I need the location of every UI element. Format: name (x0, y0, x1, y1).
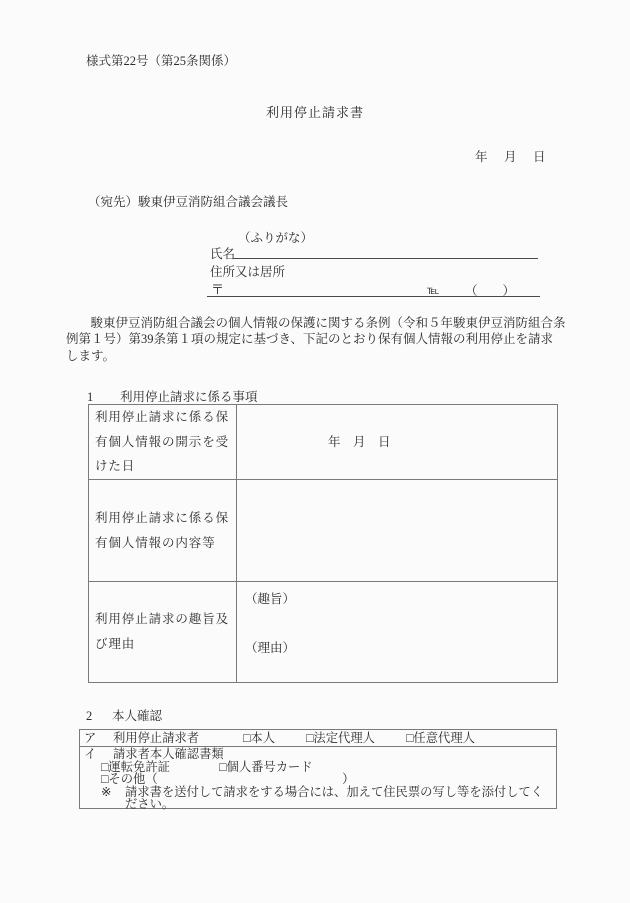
section1-title: 利用停止請求に係る事項 (120, 390, 258, 404)
section2-heading: 2本人確認 (86, 706, 162, 724)
date-line: 年 月 日 (475, 147, 548, 165)
row-label: 利用停止請求の趣旨及び理由 (89, 582, 237, 682)
note-mark: ※ (101, 786, 111, 798)
row-label: 利用停止請求に係る保有個人情報の内容等 (89, 480, 237, 581)
name-underline (233, 258, 538, 259)
section2-number: 2 (86, 709, 112, 724)
body-paragraph: 駿東伊豆消防組合議会の個人情報の保護に関する条例（令和５年駿東伊豆消防組合条 例… (66, 315, 566, 364)
name-label: 氏名 (210, 244, 235, 262)
section1-number: 1 (87, 390, 120, 405)
id-documents-label: 請求者本人確認書類 (113, 748, 224, 760)
table-row: 利用停止請求に係る保有個人情報の開示を受けた日 年 月 日 (89, 405, 557, 479)
body-line: 例第１号）第39条第１項の規定に基づき、下記のとおり保有個人情報の利用停止を請求 (66, 331, 566, 347)
id-documents-row: イ 請求者本人確認書類 □運転免許証 □個人番号カード □その他（ ） ※ 請求… (80, 747, 556, 808)
reason-label: （理由） (245, 638, 295, 656)
tel-label: ℡ (427, 283, 439, 297)
disclosure-date-value: 年 月 日 (328, 405, 391, 479)
furigana-label: （ふりがな） (238, 228, 313, 246)
checkbox-option-self: □本人 (243, 731, 275, 745)
section1-heading: 1利用停止請求に係る事項 (87, 387, 258, 405)
note-line: 請求書を送付して請求をする場合には、加えて住民票の写し等を添付してく (125, 786, 543, 798)
requester-type-row: ア 利用停止請求者 □本人 □法定代理人 □任意代理人 (80, 730, 556, 747)
checkbox-line-licenses: □運転免許証 □個人番号カード (101, 761, 313, 773)
row-a-prefix: ア (84, 731, 96, 745)
identity-check-table: ア 利用停止請求者 □本人 □法定代理人 □任意代理人 イ 請求者本人確認書類 … (79, 729, 557, 809)
page-title: 利用停止請求書 (0, 102, 630, 121)
row-value-cell (237, 480, 557, 581)
address-underline (207, 296, 540, 297)
row-value-cell: 年 月 日 (237, 405, 557, 479)
table-row: 利用停止請求に係る保有個人情報の内容等 (89, 479, 557, 581)
form-page: 様式第22号（第25条関係） 利用停止請求書 年 月 日 （宛先）駿東伊豆消防組… (0, 0, 630, 903)
section2-title: 本人確認 (112, 709, 162, 723)
request-items-table: 利用停止請求に係る保有個人情報の開示を受けた日 年 月 日 利用停止請求に係る保… (88, 404, 558, 683)
body-line: 駿東伊豆消防組合議会の個人情報の保護に関する条例（令和５年駿東伊豆消防組合条 (66, 315, 566, 331)
row-label: 利用停止請求に係る保有個人情報の開示を受けた日 (89, 405, 237, 479)
requester-label: 利用停止請求者 (113, 731, 199, 745)
row-value-cell: （趣旨） （理由） (237, 582, 557, 682)
form-number: 様式第22号（第25条関係） (86, 51, 236, 69)
checkbox-option-voluntary-rep: □任意代理人 (406, 731, 475, 745)
purpose-label: （趣旨） (245, 589, 295, 607)
addressee-line: （宛先）駿東伊豆消防組合議会議長 (88, 192, 288, 210)
checkbox-option-legal-rep: □法定代理人 (306, 731, 375, 745)
table-row: 利用停止請求の趣旨及び理由 （趣旨） （理由） (89, 581, 557, 682)
note-line: ださい。 (125, 798, 174, 810)
address-label: 住所又は居所 (210, 262, 285, 280)
row-b-prefix: イ (84, 748, 96, 760)
body-line: します。 (66, 348, 566, 364)
checkbox-line-other: □その他（ ） (101, 773, 354, 785)
